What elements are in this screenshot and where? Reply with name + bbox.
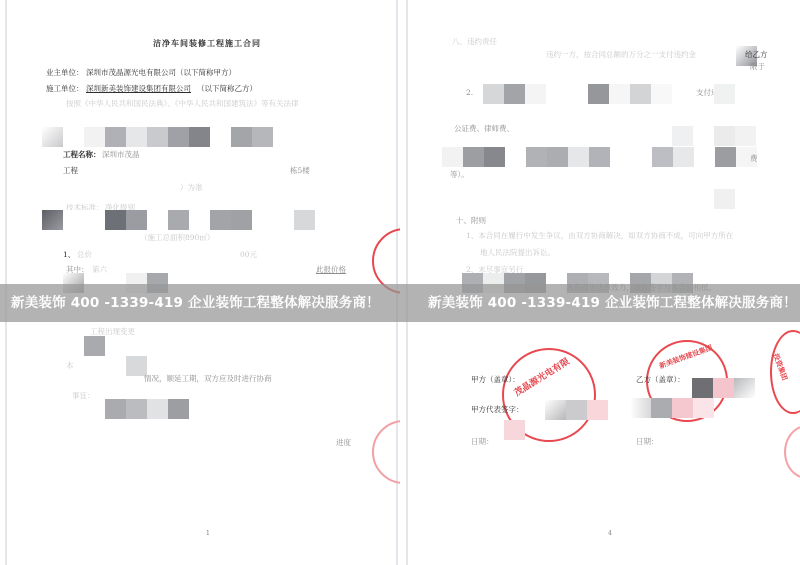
redacted-block — [504, 420, 525, 440]
party-a-seal-label: 甲方（盖章）： — [471, 375, 520, 385]
redacted-block — [442, 147, 757, 167]
page-edge — [406, 0, 408, 565]
limit-text: 限于 — [750, 62, 765, 72]
contract-title: 洁净车间装修工程施工合同 — [153, 38, 261, 48]
redacted-block — [714, 189, 735, 209]
project-name-value: 深圳市茂晶 — [102, 150, 140, 160]
party-a-date-label: 日期： — [471, 437, 494, 447]
party-b-date-label: 日期： — [636, 437, 659, 447]
owner-value: 深圳市茂晶源光电有限公司（以下简称甲方） — [86, 68, 236, 78]
dispute-heading: 十、附则 — [456, 216, 486, 226]
fees-line: 公证费、律师费、 — [454, 124, 514, 134]
page-edge — [5, 0, 7, 565]
redacted-signature — [545, 400, 608, 420]
project-name-label: 工程名称： — [63, 150, 101, 160]
project-address-suffix: 栋5楼 — [290, 166, 310, 176]
redacted-block — [84, 336, 105, 356]
redacted-block — [126, 356, 147, 376]
to-party-b: 给乙方 — [745, 50, 768, 60]
scope-fragment: ）为准 — [180, 183, 203, 193]
project-address-label: 工程 — [63, 166, 78, 176]
area-line: （施工总面积890㎡） — [140, 233, 214, 243]
fee-suffix: 费 — [750, 154, 758, 164]
redacted-block — [672, 126, 756, 146]
amount-fragment: 00元 — [240, 250, 257, 260]
redacted-signature — [630, 398, 714, 418]
watermark-text-left: 新美装饰 400 -1339-419 企业装饰工程整体解决服务商！ — [11, 284, 380, 322]
edge-seal — [784, 425, 800, 479]
delay-line: 情况，顺延工期，双方应及时进行协商 — [144, 374, 272, 384]
item-two-number: 2. — [466, 88, 473, 98]
etc-text: 等）。 — [450, 170, 469, 180]
page-number: 1 — [206, 530, 210, 537]
contractor-suffix: （以下简称乙方） — [197, 84, 257, 94]
page-number: 4 — [608, 530, 612, 537]
contract-page-1: 洁净车间装修工程施工合同 业主单位： 深圳市茂晶源光电有限公司（以下简称甲方） … — [0, 0, 400, 565]
watermark-text-right: 新美装饰 400 -1339-419 企业装饰工程整体解决服务商！ — [428, 284, 797, 322]
contractor-label: 施工单位： — [46, 84, 84, 94]
dispute-line: 1、本合同在履行中发生争议，由双方协商解决，如双方协商不成，可向甲方所在 — [466, 231, 733, 241]
breach-line: 违约一方，按合同总额的万分之一支付违约金 — [546, 50, 696, 60]
party-a-rep-label: 甲方代表签字： — [471, 405, 524, 415]
redacted-block — [42, 127, 273, 147]
law-reference: 按照《中华人民共和国民法典》、《中华人民共和国建筑法》等有关法律 — [66, 99, 299, 109]
owner-label: 业主单位： — [46, 68, 84, 78]
redacted-block — [42, 210, 315, 230]
item-one-text: 总价 — [77, 250, 92, 260]
matter-label: 事宜： — [72, 391, 95, 401]
contract-page-4: 八、违约责任 违约一方，按合同总额的万分之一支付违约金 给乙方 限于 2. 支付… — [400, 0, 800, 565]
price-note: 此报价格 — [316, 265, 346, 275]
party-b-seal-label: 乙方（盖章）： — [636, 375, 685, 385]
progress-suffix: 进度 — [336, 438, 351, 448]
contractor-value: 深圳新美装饰建设集团有限公司 — [86, 84, 191, 94]
redacted-block — [105, 399, 189, 419]
redacted-block — [692, 378, 755, 398]
watermark-banner: 新美装饰 400 -1339-419 企业装饰工程整体解决服务商！ 新美装饰 4… — [0, 284, 800, 322]
court-line: 地人民法院提出诉讼。 — [480, 248, 555, 258]
delay-prefix: 本 — [66, 361, 74, 371]
redacted-block — [714, 84, 735, 104]
section-heading: 八、违约责任 — [452, 37, 497, 47]
item-one-number: 1、 — [63, 250, 75, 260]
